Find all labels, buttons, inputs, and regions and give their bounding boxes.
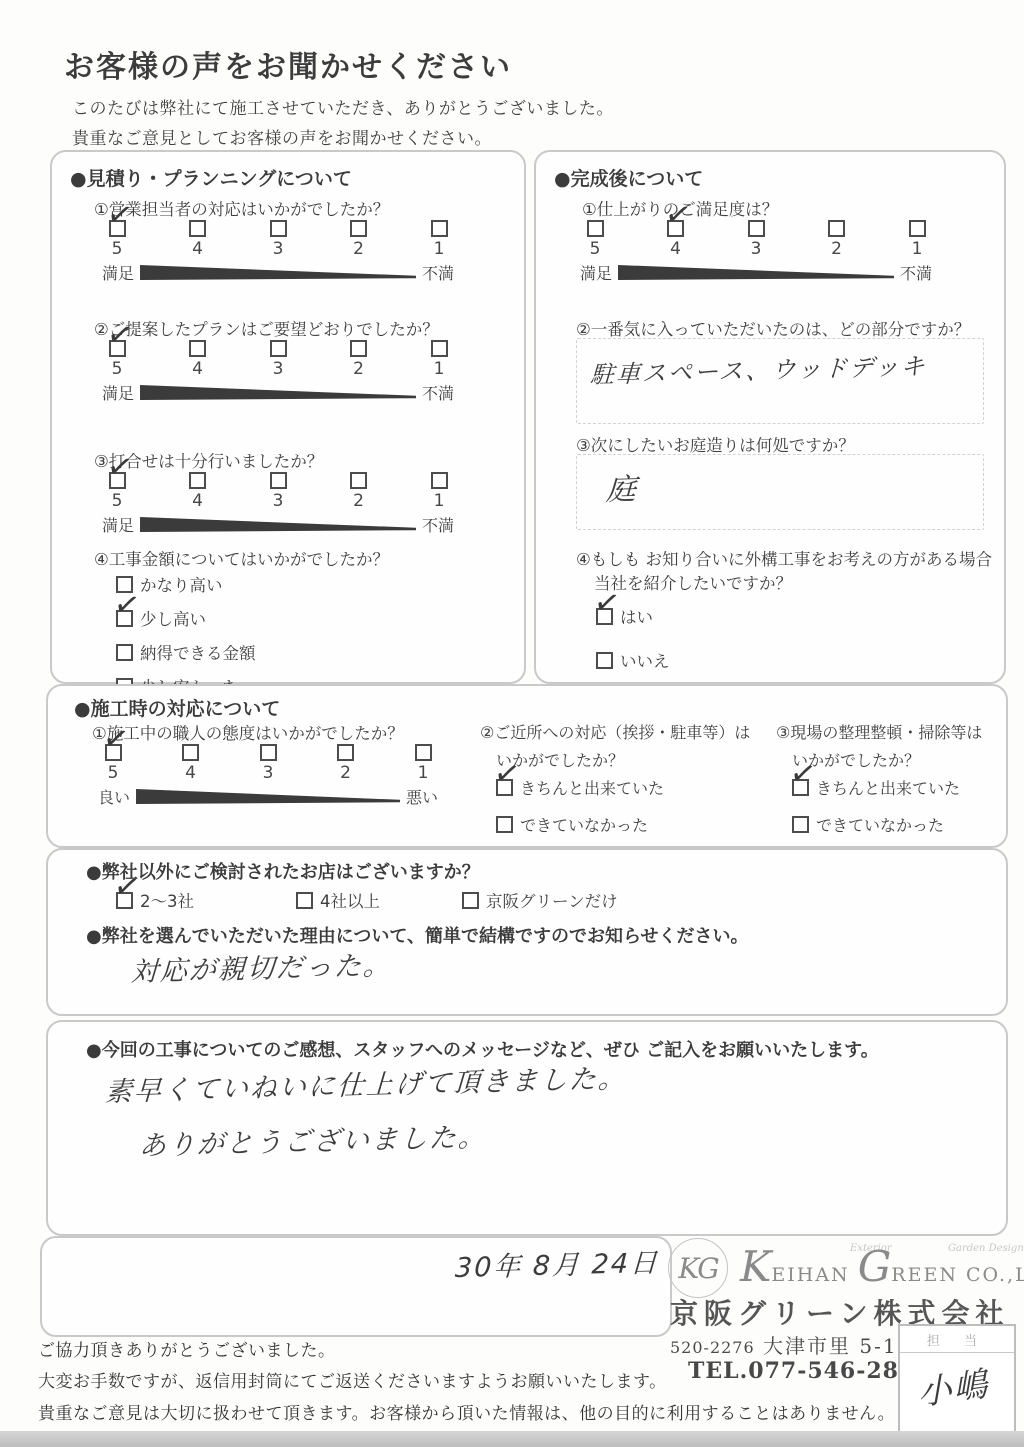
option-checkbox[interactable]	[496, 816, 513, 833]
comment-panel: ●今回の工事についてのご感想、スタッフへのメッセージなど、ぜひ ご記入をお願いい…	[46, 1020, 1008, 1236]
option-checkbox[interactable]	[296, 892, 313, 909]
option-checkbox[interactable]	[496, 779, 513, 796]
handwritten-answer-next-garden: 庭	[605, 464, 639, 509]
staff-box-label: 担 当	[900, 1326, 1014, 1353]
option-kichinto[interactable]: きちんと出来ていた	[496, 776, 664, 799]
construction-panel: ●施工時の対応について ①施工中の職人の態度はいかがでしたか？ 5 4 3 2 …	[46, 684, 1008, 848]
rating-checkbox-1[interactable]	[431, 220, 448, 237]
rating-checkbox-4[interactable]	[667, 220, 684, 237]
scan-edge-artifact	[0, 1431, 1024, 1447]
handwritten-comment-1: 素早くていねいに仕上げて頂きました。	[104, 1056, 628, 1109]
rating-checkbox-2[interactable]	[350, 472, 367, 489]
rating-checkbox-3[interactable]	[270, 340, 287, 357]
footer-note-1: ご協力頂きありがとうございました。	[38, 1336, 336, 1361]
scale-left-label: 満足	[102, 261, 134, 284]
rating-checkbox-1[interactable]	[415, 744, 432, 761]
rating-checkbox-2[interactable]	[350, 340, 367, 357]
rating-checkbox-3[interactable]	[748, 220, 765, 237]
company-tel: TEL.077-546-2877	[688, 1358, 932, 1384]
footer-note-2: 大変お手数ですが、返信用封筒にてご返送くださいますようお願いいたします。	[38, 1367, 667, 1392]
option-checkbox[interactable]	[596, 652, 613, 669]
option-iie[interactable]: いいえ	[596, 648, 670, 672]
footer-note-3: 貴重なご意見は大切に扱わせて頂きます。お客様から頂いた情報は、他の目的に利用する…	[38, 1399, 895, 1424]
scanned-survey-page: お客様の声をお聞かせください このたびは弊社にて施工させていただき、ありがとうご…	[0, 0, 1024, 1447]
intro-line-1: このたびは弊社にて施工させていただき、ありがとうございました。	[72, 94, 614, 119]
option-kichinto[interactable]: きちんと出来ていた	[792, 776, 960, 799]
option-dekitenakatta[interactable]: できていなかった	[792, 813, 960, 836]
brand-wordmark: KEIHAN GREEN CO.,LTD.	[740, 1242, 1024, 1291]
option-4-sha-ijou[interactable]: 4社以上	[296, 888, 380, 912]
handwritten-answer-favorite: 駐車スペース、ウッドデッキ	[589, 346, 927, 390]
planning-panel: ●見積り・プランニングについて ①営業担当者の対応はいかがでしたか？ 5 4 3…	[50, 150, 526, 684]
satisfaction-wedge-bar	[140, 517, 416, 532]
handwritten-staff-name: 小嶋	[916, 1356, 991, 1415]
neighbor-option-list: きちんと出来ていた できていなかった	[496, 776, 664, 836]
date-panel[interactable]: 30年 8月 24日	[40, 1236, 672, 1337]
rating-number: 4	[192, 239, 203, 259]
completion-q4-label-1: ④もしも お知り合いに外構工事をお考えの方がある場合	[576, 546, 992, 570]
quality-wedge-bar	[136, 789, 400, 804]
rating-checkbox-4[interactable]	[182, 744, 199, 761]
page-title: お客様の声をお聞かせください	[64, 42, 512, 86]
price-option-list: かなり高い 少し高い 納得できる金額 少し安かった	[116, 572, 256, 698]
comparison-panel: ●弊社以外にご検討されたお店はございますか？ 2～3社 4社以上 京阪グリーンだ…	[46, 848, 1008, 1016]
completion-q2-label: ②一番気に入っていただいたのは、どの部分ですか？	[576, 316, 970, 340]
planning-q1-scale: 5 4 3 2 1 満足不満	[102, 220, 454, 284]
rating-checkbox-3[interactable]	[270, 220, 287, 237]
handwritten-comment-2: ありがとうございました。	[138, 1115, 488, 1163]
construction-heading: ●施工時の対応について	[74, 694, 280, 721]
completion-q3-label: ③次にしたいお庭造りは何処ですか？	[576, 432, 855, 456]
comparison-q2-heading: ●弊社を選んでいただいた理由について、簡単で結構ですのでお知らせください。	[86, 922, 748, 948]
intro-line-2: 貴重なご意見としてお客様の声をお聞かせください。	[72, 124, 492, 149]
planning-q4-label: ④工事金額についてはいかがでしたか？	[94, 546, 389, 570]
completion-q4-label-2: 当社を紹介したいですか？	[594, 570, 792, 594]
company-address: 520-2276 大津市里 5-1-35	[670, 1330, 936, 1359]
completion-panel: ●完成後について ①仕上がりのご満足度は？ 5 4 3 2 1 満足不満 ②一番…	[534, 150, 1006, 684]
rating-checkbox-1[interactable]	[909, 220, 926, 237]
rating-checkbox-5[interactable]	[105, 744, 122, 761]
staff-box: 担 当 小嶋	[898, 1324, 1016, 1444]
referral-option-list: はい いいえ	[596, 604, 670, 672]
planning-q1-label: ①営業担当者の対応はいかがでしたか？	[94, 196, 389, 220]
option-checkbox[interactable]	[792, 816, 809, 833]
kg-monogram-logo: KG	[668, 1238, 728, 1298]
rating-checkbox-4[interactable]	[189, 220, 206, 237]
planning-q3-scale: 5 4 3 2 1 満足不満	[102, 472, 454, 536]
rating-checkbox-4[interactable]	[189, 472, 206, 489]
option-2-3-sha[interactable]: 2～3社	[116, 888, 194, 912]
option-checkbox[interactable]	[116, 892, 133, 909]
answer-area-next-garden[interactable]: 庭	[576, 454, 984, 530]
planning-q2-scale: 5 4 3 2 1 満足不満	[102, 340, 454, 404]
rating-checkbox-1[interactable]	[431, 472, 448, 489]
option-checkbox[interactable]	[596, 608, 613, 625]
option-checkbox[interactable]	[462, 892, 479, 909]
rating-checkbox-5[interactable]	[109, 472, 126, 489]
rating-number: 5	[112, 239, 123, 259]
postal-code: 520-2276	[670, 1338, 755, 1357]
construction-q2-label-1: ②ご近所への対応（挨拶・駐車等）は	[480, 720, 750, 743]
rating-checkbox-2[interactable]	[828, 220, 845, 237]
rating-checkbox-2[interactable]	[350, 220, 367, 237]
satisfaction-wedge-bar	[140, 385, 416, 400]
comparison-q1-heading: ●弊社以外にご検討されたお店はございますか？	[86, 858, 480, 884]
handwritten-date: 30年 8月 24日	[454, 1241, 660, 1285]
completion-q1-scale: 5 4 3 2 1 満足不満	[580, 220, 932, 284]
satisfaction-wedge-bar	[618, 265, 894, 280]
option-sukoshi-takai[interactable]: 少し高い	[116, 606, 256, 630]
rating-checkbox-5[interactable]	[109, 220, 126, 237]
answer-area-favorite[interactable]: 駐車スペース、ウッドデッキ	[576, 338, 984, 424]
construction-q1-label: ①施工中の職人の態度はいかがでしたか？	[92, 720, 404, 744]
option-nattoku[interactable]: 納得できる金額	[116, 640, 256, 664]
rating-checkbox-5[interactable]	[587, 220, 604, 237]
rating-checkbox-4[interactable]	[189, 340, 206, 357]
rating-checkbox-3[interactable]	[270, 472, 287, 489]
construction-q1-scale: 5 4 3 2 1 良い悪い	[98, 744, 438, 808]
rating-checkbox-2[interactable]	[337, 744, 354, 761]
rating-number: 1	[434, 239, 445, 259]
completion-heading: ●完成後について	[554, 164, 703, 191]
option-hai[interactable]: はい	[596, 604, 670, 628]
rating-checkbox-5[interactable]	[109, 340, 126, 357]
rating-checkbox-3[interactable]	[260, 744, 277, 761]
construction-q3-label-1: ③現場の整理整頓・掃除等は	[776, 720, 982, 743]
handwritten-answer-reason: 対応が親切だった。	[130, 943, 393, 989]
rating-number: 3	[273, 239, 284, 259]
option-dekitenakatta[interactable]: できていなかった	[496, 813, 664, 836]
option-keihan-green-dake[interactable]: 京阪グリーンだけ	[462, 888, 618, 912]
scale-right-label: 不満	[422, 261, 454, 284]
option-checkbox[interactable]	[116, 644, 133, 661]
rating-checkbox-1[interactable]	[431, 340, 448, 357]
cleanup-option-list: きちんと出来ていた できていなかった	[792, 776, 960, 836]
option-checkbox[interactable]	[116, 610, 133, 627]
planning-q2-label: ②ご提案したプランはご要望どおりでしたか？	[94, 316, 439, 340]
planning-heading: ●見積り・プランニングについて	[70, 164, 352, 191]
comment-heading: ●今回の工事についてのご感想、スタッフへのメッセージなど、ぜひ ご記入をお願いい…	[86, 1036, 879, 1062]
option-checkbox[interactable]	[792, 779, 809, 796]
satisfaction-wedge-bar	[140, 265, 416, 280]
rating-number: 2	[353, 239, 364, 259]
